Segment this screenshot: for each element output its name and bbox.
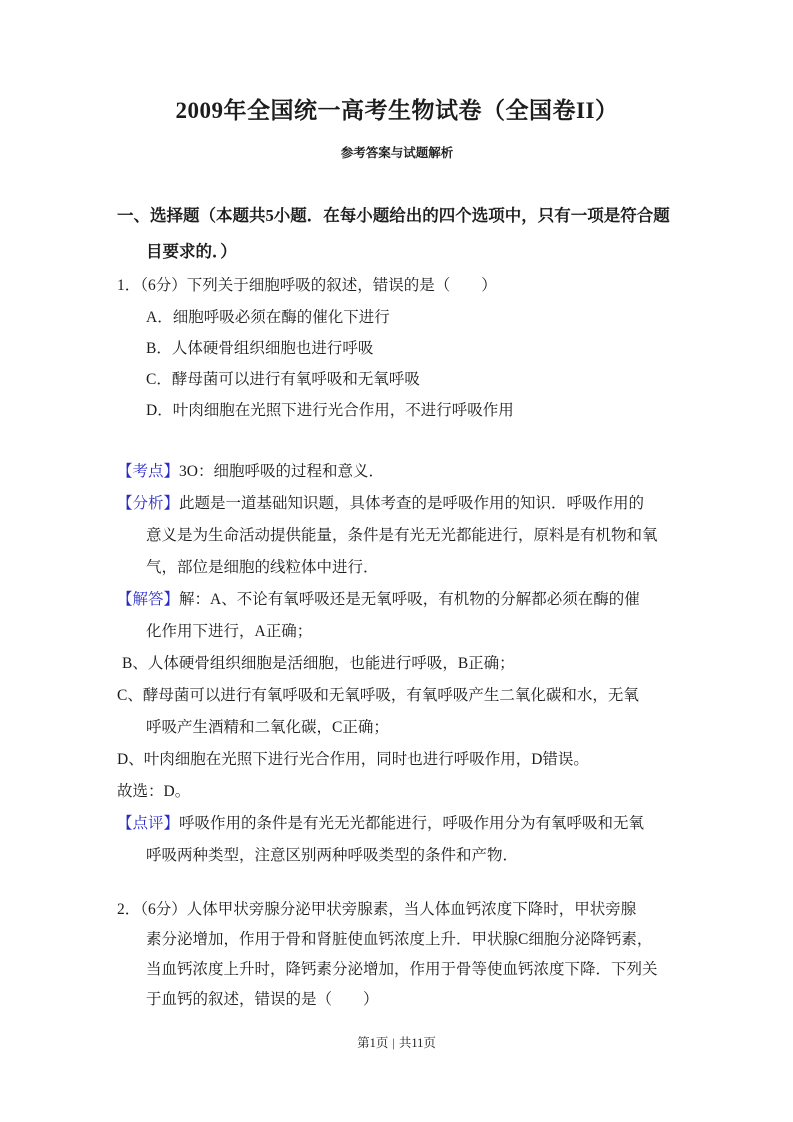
kaodian-text: 3O：细胞呼吸的过程和意义． [179, 463, 384, 480]
question-2-stem-line1: 2．（6分）人体甲状旁腺分泌甲状旁腺素，当人体血钙浓度下降时，甲状旁腺 [117, 895, 677, 925]
option-a: A．细胞呼吸必须在酶的催化下进行 [117, 302, 677, 333]
fenxi-label: 【分析】 [117, 495, 179, 512]
question-1: 1．（6分）下列关于细胞呼吸的叙述，错误的是（ ） A．细胞呼吸必须在酶的催化下… [117, 270, 677, 872]
dianping-line2: 呼吸两种类型，注意区别两种呼吸类型的条件和产物． [117, 840, 677, 872]
option-c: C．酵母菌可以进行有氧呼吸和无氧呼吸 [117, 364, 677, 395]
question-1-answer-analysis: 【考点】3O：细胞呼吸的过程和意义． 【分析】此题是一道基础知识题，具体考查的是… [117, 456, 677, 872]
section-heading-line2: 目要求的．） [117, 234, 677, 270]
option-d-text: 叶肉细胞在光照下进行光合作用，不进行呼吸作用 [173, 402, 514, 419]
option-d: D．叶肉细胞在光照下进行光合作用，不进行呼吸作用 [117, 395, 677, 426]
question-2-number: 2． [117, 901, 140, 918]
kaodian-label: 【考点】 [117, 463, 179, 480]
jieda-conclusion: 故选：D。 [117, 776, 677, 808]
page-content: 2009年全国统一高考生物试卷（全国卷II） 参考答案与试题解析 一、选择题（本… [117, 96, 677, 1015]
question-2-stem-text1: （6分）人体甲状旁腺分泌甲状旁腺素，当人体血钙浓度下降时，甲状旁腺 [140, 901, 636, 918]
option-c-text: 酵母菌可以进行有氧呼吸和无氧呼吸 [172, 371, 420, 388]
page-footer: 第1页|共11页 [0, 1034, 793, 1052]
jieda-label: 【解答】 [117, 591, 179, 608]
jieda-line3: B、人体硬骨组织细胞是活细胞，也能进行呼吸，B正确； [117, 648, 677, 680]
fenxi-text1: 此题是一道基础知识题，具体考查的是呼吸作用的知识．呼吸作用的 [179, 495, 644, 512]
option-a-text: 细胞呼吸必须在酶的催化下进行 [173, 309, 390, 326]
fenxi-line1: 【分析】此题是一道基础知识题，具体考查的是呼吸作用的知识．呼吸作用的 [117, 488, 677, 520]
jieda-line4: C、酵母菌可以进行有氧呼吸和无氧呼吸，有氧呼吸产生二氧化碳和水，无氧 [117, 680, 677, 712]
option-b-text: 人体硬骨组织细胞也进行呼吸 [172, 340, 374, 357]
footer-separator: | [388, 1036, 399, 1050]
question-1-stem-text: （6分）下列关于细胞呼吸的叙述，错误的是（ ） [140, 277, 497, 294]
question-2-stem-line3: 当血钙浓度上升时，降钙素分泌增加，作用于骨等使血钙浓度下降．下列关 [117, 955, 677, 985]
kaodian-line: 【考点】3O：细胞呼吸的过程和意义． [117, 456, 677, 488]
option-d-label: D． [146, 402, 173, 419]
doc-subtitle: 参考答案与试题解析 [117, 145, 677, 161]
dianping-line1: 【点评】呼吸作用的条件是有光无光都能进行，呼吸作用分为有氧呼吸和无氧 [117, 808, 677, 840]
question-1-stem: 1．（6分）下列关于细胞呼吸的叙述，错误的是（ ） [117, 270, 677, 301]
section-heading-line1: 一、选择题（本题共5小题．在每小题给出的四个选项中，只有一项是符合题 [117, 198, 677, 234]
question-1-options: A．细胞呼吸必须在酶的催化下进行 B．人体硬骨组织细胞也进行呼吸 C．酵母菌可以… [117, 302, 677, 426]
fenxi-line3: 气，部位是细胞的线粒体中进行． [117, 552, 677, 584]
question-2-stem-line4: 于血钙的叙述，错误的是（ ） [117, 985, 677, 1015]
footer-total-pages: 共11页 [399, 1036, 436, 1050]
jieda-line1: 【解答】解：A、不论有氧呼吸还是无氧呼吸，有机物的分解都必须在酶的催 [117, 584, 677, 616]
option-b: B．人体硬骨组织细胞也进行呼吸 [117, 333, 677, 364]
section-heading: 一、选择题（本题共5小题．在每小题给出的四个选项中，只有一项是符合题 目要求的．… [117, 198, 677, 270]
dianping-text1: 呼吸作用的条件是有光无光都能进行，呼吸作用分为有氧呼吸和无氧 [179, 815, 644, 832]
jieda-text1: 解：A、不论有氧呼吸还是无氧呼吸，有机物的分解都必须在酶的催 [179, 591, 640, 608]
jieda-line2: 化作用下进行，A正确； [117, 616, 677, 648]
question-2-stem-line2: 素分泌增加，作用于骨和肾脏使血钙浓度上升．甲状腺C细胞分泌降钙素， [117, 925, 677, 955]
option-b-label: B． [146, 340, 172, 357]
jieda-line5: 呼吸产生酒精和二氧化碳，C正确； [117, 712, 677, 744]
question-2: 2．（6分）人体甲状旁腺分泌甲状旁腺素，当人体血钙浓度下降时，甲状旁腺 素分泌增… [117, 895, 677, 1015]
fenxi-line2: 意义是为生命活动提供能量，条件是有光无光都能进行，原料是有机物和氧 [117, 520, 677, 552]
footer-page-number: 第1页 [357, 1036, 388, 1050]
option-a-label: A． [146, 309, 173, 326]
doc-title: 2009年全国统一高考生物试卷（全国卷II） [117, 96, 677, 126]
question-1-number: 1． [117, 277, 140, 294]
dianping-label: 【点评】 [117, 815, 179, 832]
option-c-label: C． [146, 371, 172, 388]
document-page: 2009年全国统一高考生物试卷（全国卷II） 参考答案与试题解析 一、选择题（本… [0, 0, 793, 1122]
jieda-line6: D、叶肉细胞在光照下进行光合作用，同时也进行呼吸作用，D错误。 [117, 744, 677, 776]
